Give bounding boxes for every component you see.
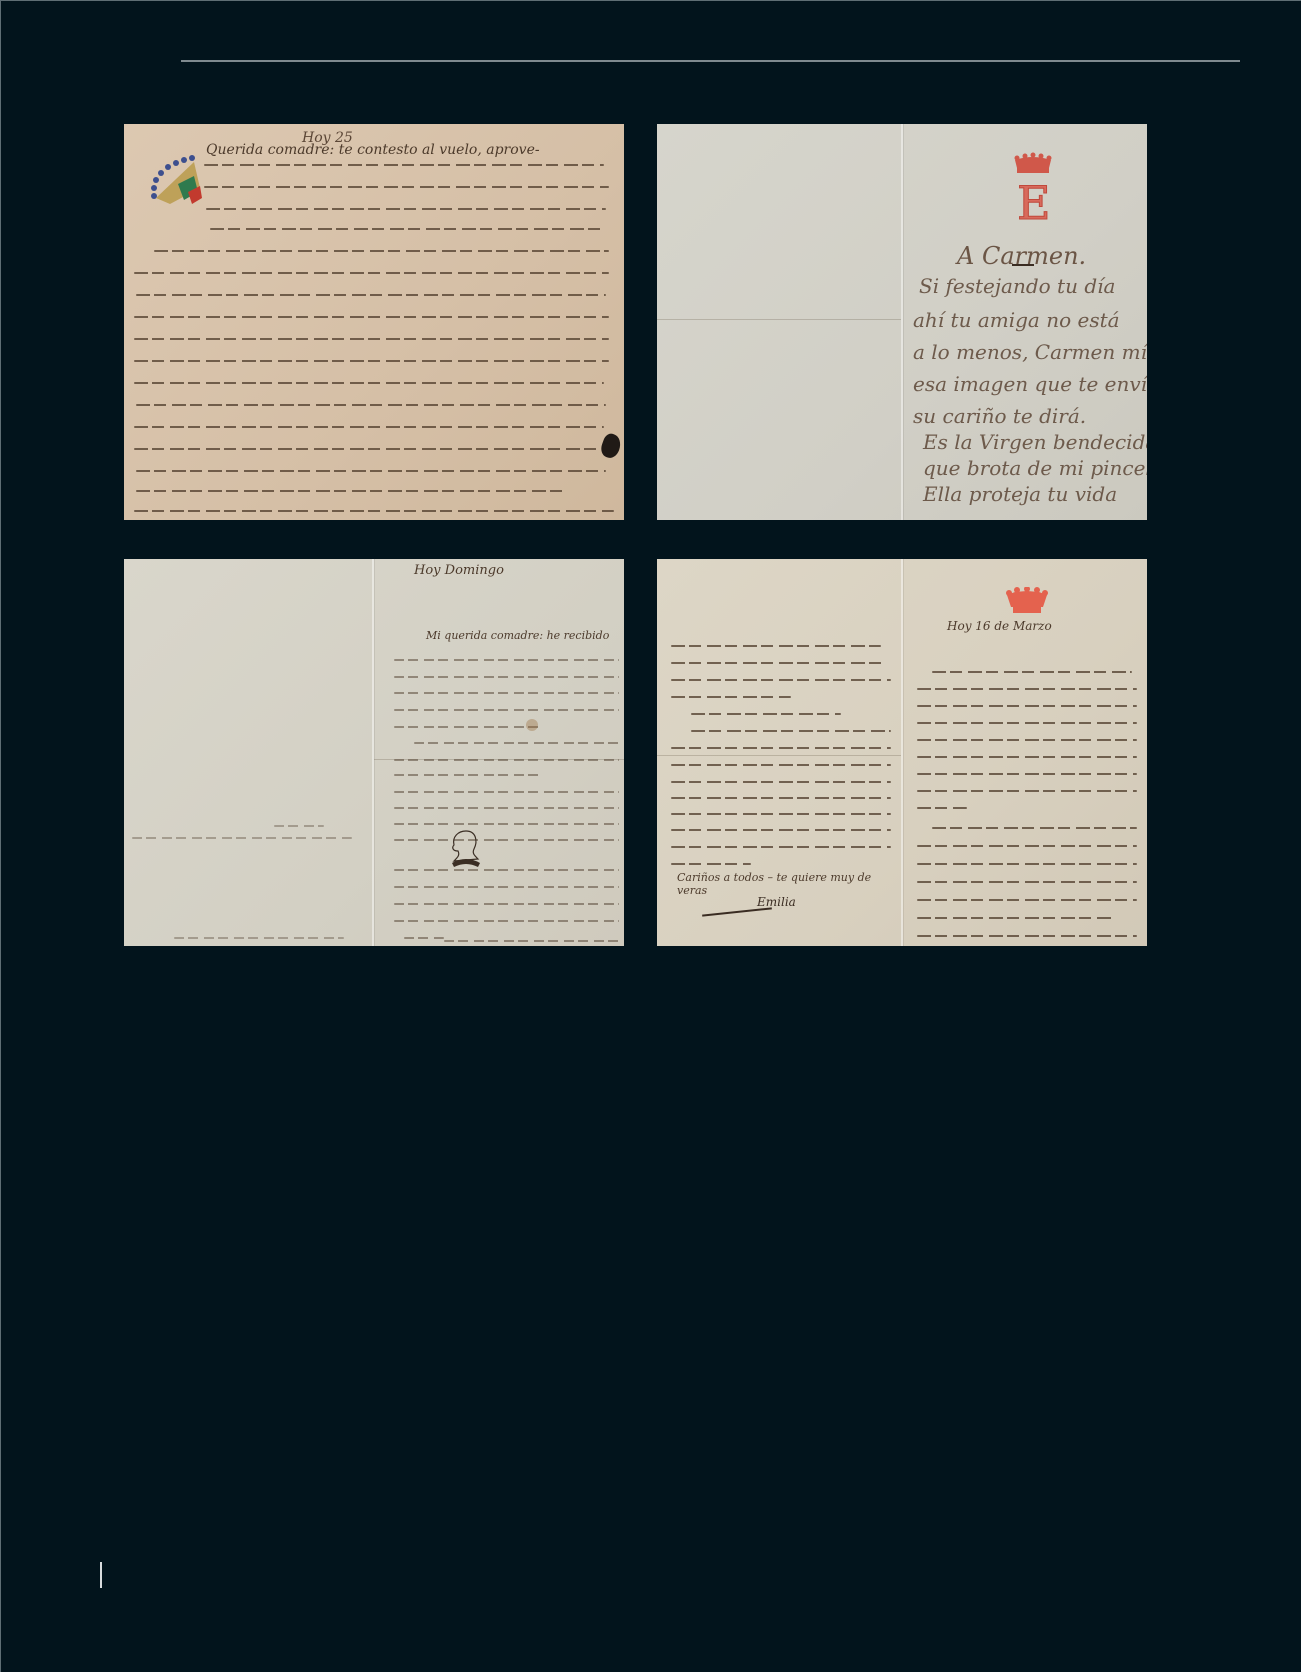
heading-underline bbox=[1012, 264, 1034, 266]
letter-photo-4: Hoy 16 de Marzo Cariños a todos – te qui… bbox=[657, 559, 1147, 946]
letter-closing: Cariños a todos – te quiere muy de veras bbox=[677, 871, 887, 897]
letter-heading: Hoy Domingo bbox=[414, 563, 504, 578]
poem-line: Es la Virgen bendecida bbox=[923, 430, 1147, 454]
silhouette-sketch-icon bbox=[446, 829, 486, 869]
poem-line: a lo menos, Carmen mía bbox=[913, 340, 1147, 364]
red-crown-icon bbox=[1005, 587, 1049, 615]
letter-opening: Querida comadre: te contesto al vuelo, a… bbox=[206, 142, 540, 158]
letter-photo-1: Hoy 25 Querida comadre: te contesto al v… bbox=[124, 124, 624, 520]
letter-signature: Emilia bbox=[757, 895, 796, 909]
poem-line: ahí tu amiga no está bbox=[913, 308, 1120, 332]
poem-line: su cariño te dirá. bbox=[913, 404, 1086, 428]
ink-blot bbox=[598, 432, 623, 461]
header-rule bbox=[181, 60, 1240, 62]
letter-heading: Hoy 16 de Marzo bbox=[947, 619, 1052, 633]
poem-line: Si festejando tu día bbox=[919, 274, 1115, 298]
poem-line: que brota de mi pincel; bbox=[923, 456, 1147, 480]
poem-line: Ella proteja tu vida bbox=[923, 482, 1117, 506]
signature-flourish bbox=[702, 907, 772, 916]
poem-line: esa imagen que te envía bbox=[913, 372, 1147, 396]
page-border-left bbox=[0, 0, 1, 1672]
red-crown-icon bbox=[1013, 152, 1053, 174]
letter-photo-2: E A Carmen. Si festejando tu día ahí tu … bbox=[657, 124, 1147, 520]
page-border-top bbox=[0, 0, 1301, 1]
monogram-letter: E bbox=[1017, 176, 1051, 230]
jeweled-crown-icon bbox=[148, 148, 204, 206]
letter-photo-3: Hoy Domingo Mi querida comadre: he recib… bbox=[124, 559, 624, 946]
letter-opening: Mi querida comadre: he recibido bbox=[426, 629, 609, 642]
page-number-marker bbox=[100, 1562, 102, 1588]
paper-stain bbox=[526, 719, 538, 731]
